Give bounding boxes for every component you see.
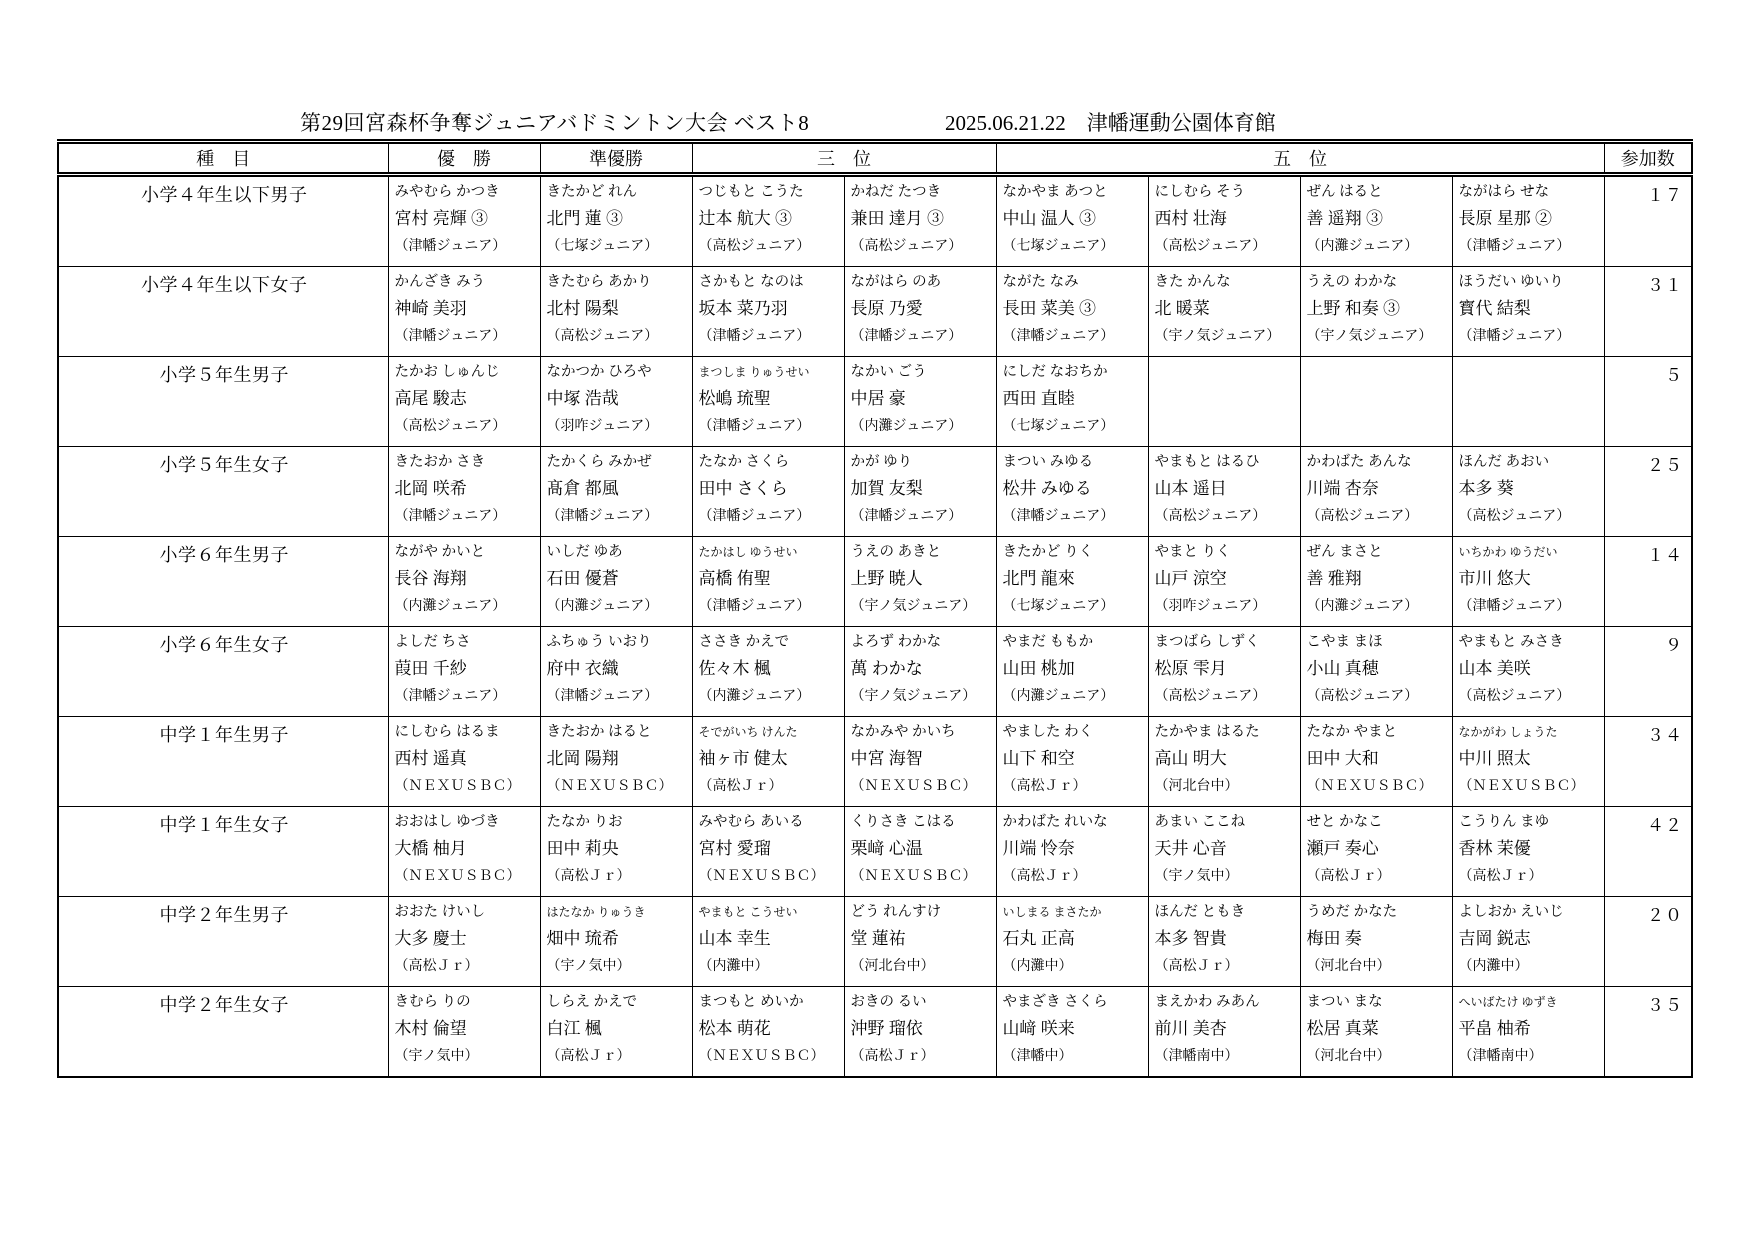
player-name: 松井 みゆる [1003, 475, 1144, 503]
player-kana: よしだ ちさ [395, 629, 536, 655]
player-name: 大橋 柚月 [395, 835, 536, 863]
player-name: 西村 遥真 [395, 745, 536, 773]
player-name: 山本 幸生 [699, 925, 840, 953]
player-name: 栗﨑 心温 [851, 835, 992, 863]
player-club: （河北台中） [851, 953, 992, 981]
player-kana: まつい みゆる [1003, 449, 1144, 475]
player-club: （高松ジュニア） [547, 323, 688, 351]
player-kana: たかやま はるた [1155, 719, 1296, 745]
player-club: （津幡ジュニア） [395, 233, 536, 261]
player-kana: きたおか さき [395, 449, 536, 475]
player-club: （津幡ジュニア） [851, 323, 992, 351]
category-cell: 中学１年生女子 [58, 807, 388, 897]
player-name: 山本 美咲 [1459, 655, 1600, 683]
player-cell: やまもと みさき山本 美咲（高松ジュニア） [1452, 627, 1604, 717]
player-kana: かわばた れいな [1003, 809, 1144, 835]
player-kana: うめだ かなた [1307, 899, 1448, 925]
player-kana: おおはし ゆづき [395, 809, 536, 835]
category-cell: 小学４年生以下女子 [58, 267, 388, 357]
player-name: 北門 龍來 [1003, 565, 1144, 593]
header-row: 種 目 優 勝 準優勝 三 位 五 位 参加数 [58, 142, 1692, 175]
player-club: （津幡ジュニア） [699, 413, 840, 441]
player-club: （羽咋ジュニア） [547, 413, 688, 441]
player-cell: いちかわ ゆうだい市川 悠大（津幡ジュニア） [1452, 537, 1604, 627]
player-name: 神崎 美羽 [395, 295, 536, 323]
player-kana: ぜん はると [1307, 179, 1448, 205]
player-cell: おきの るい沖野 瑠依（高松Ｊｒ） [844, 987, 996, 1078]
player-name: 天井 心音 [1155, 835, 1296, 863]
player-cell: なかがわ しょうた中川 照太（ＮＥＸＵＳＢＣ） [1452, 717, 1604, 807]
player-kana: なかやま あつと [1003, 179, 1144, 205]
player-cell: かが ゆり加賀 友梨（津幡ジュニア） [844, 447, 996, 537]
player-cell: いしだ ゆあ石田 優蒼（内灘ジュニア） [540, 537, 692, 627]
player-cell: なかつか ひろや中塚 浩哉（羽咋ジュニア） [540, 357, 692, 447]
player-name: 袖ヶ市 健太 [699, 745, 840, 773]
player-club: （津幡南中） [1155, 1043, 1296, 1071]
table-row: 小学５年生女子きたおか さき北岡 咲希（津幡ジュニア）たかくら みかぜ髙倉 都風… [58, 447, 1692, 537]
player-club: （宇ノ気中） [547, 953, 688, 981]
player-kana: せと かなこ [1307, 809, 1448, 835]
player-name: 髙倉 都風 [547, 475, 688, 503]
player-kana: はたなか りゅうき [547, 899, 688, 925]
player-name: 善 雅翔 [1307, 565, 1448, 593]
player-club: （津幡ジュニア） [1459, 323, 1600, 351]
player-club: （宇ノ気中） [1155, 863, 1296, 891]
player-club: （高松Ｊｒ） [851, 1043, 992, 1071]
player-kana: こうりん まゆ [1459, 809, 1600, 835]
player-kana: なかい ごう [851, 359, 992, 385]
player-cell: かねだ たつき兼田 達月 ③（高松ジュニア） [844, 175, 996, 267]
player-kana: いしだ ゆあ [547, 539, 688, 565]
player-cell: たかやま はるた高山 明大（河北台中） [1148, 717, 1300, 807]
player-cell: きたかど りく北門 龍來（七塚ジュニア） [996, 537, 1148, 627]
player-cell: いしまる まさたか石丸 正高（内灘中） [996, 897, 1148, 987]
player-club: （津幡ジュニア） [851, 503, 992, 531]
player-club: （七塚ジュニア） [1003, 593, 1144, 621]
player-club: （宇ノ気ジュニア） [851, 683, 992, 711]
player-name: 佐々木 楓 [699, 655, 840, 683]
player-name: 田中 大和 [1307, 745, 1448, 773]
player-cell: くりさき こはる栗﨑 心温（ＮＥＸＵＳＢＣ） [844, 807, 996, 897]
player-kana: にしだ なおちか [1003, 359, 1144, 385]
player-club: （津幡ジュニア） [699, 323, 840, 351]
player-club: （津幡ジュニア） [395, 323, 536, 351]
player-kana: いしまる まさたか [1003, 899, 1144, 925]
player-kana: やました わく [1003, 719, 1144, 745]
player-name: 高橋 侑聖 [699, 565, 840, 593]
participant-count: ４２ [1604, 807, 1692, 897]
player-cell: よしだ ちさ葭田 千紗（津幡ジュニア） [388, 627, 540, 717]
player-club: （ＮＥＸＵＳＢＣ） [1459, 773, 1600, 801]
table-row: 小学６年生男子ながや かいと長谷 海翔（内灘ジュニア）いしだ ゆあ石田 優蒼（内… [58, 537, 1692, 627]
player-cell: まつもと めいか松本 萌花（ＮＥＸＵＳＢＣ） [692, 987, 844, 1078]
player-club: （ＮＥＸＵＳＢＣ） [851, 773, 992, 801]
player-kana: きたかど りく [1003, 539, 1144, 565]
participant-count: １４ [1604, 537, 1692, 627]
player-name: 石丸 正高 [1003, 925, 1144, 953]
player-cell: にしむら そう西村 壮海（高松ジュニア） [1148, 175, 1300, 267]
player-cell: みやむら かつき宮村 亮輝 ③（津幡ジュニア） [388, 175, 540, 267]
player-club: （津幡ジュニア） [699, 593, 840, 621]
player-club: （ＮＥＸＵＳＢＣ） [699, 863, 840, 891]
player-cell: やまもと こうせい山本 幸生（内灘中） [692, 897, 844, 987]
player-cell: へいばたけ ゆずき平畠 柚希（津幡南中） [1452, 987, 1604, 1078]
player-kana: ほうだい ゆいり [1459, 269, 1600, 295]
player-club: （津幡ジュニア） [1003, 323, 1144, 351]
player-club: （内灘中） [1003, 953, 1144, 981]
player-name: 高山 明大 [1155, 745, 1296, 773]
player-kana: いちかわ ゆうだい [1459, 539, 1600, 565]
player-kana: やまざき さくら [1003, 989, 1144, 1015]
player-name: 長谷 海翔 [395, 565, 536, 593]
player-kana: たなか さくら [699, 449, 840, 475]
player-kana: たかくら みかぜ [547, 449, 688, 475]
player-kana: にしむら そう [1155, 179, 1296, 205]
player-cell: きた かんな北 暖菜（宇ノ気ジュニア） [1148, 267, 1300, 357]
player-club: （高松ジュニア） [395, 413, 536, 441]
player-club: （津幡ジュニア） [1003, 503, 1144, 531]
player-club: （内灘ジュニア） [1003, 683, 1144, 711]
player-club: （内灘ジュニア） [699, 683, 840, 711]
participant-count: ３４ [1604, 717, 1692, 807]
category-cell: 小学５年生女子 [58, 447, 388, 537]
player-name: 北岡 咲希 [395, 475, 536, 503]
player-kana: みやむら あいる [699, 809, 840, 835]
player-kana: きむら りの [395, 989, 536, 1015]
player-cell: なかみや かいち中宮 海智（ＮＥＸＵＳＢＣ） [844, 717, 996, 807]
player-kana: みやむら かつき [395, 179, 536, 205]
col-header-second: 準優勝 [540, 142, 692, 175]
player-cell: なかい ごう中居 豪（内灘ジュニア） [844, 357, 996, 447]
player-club: （高松ジュニア） [1155, 233, 1296, 261]
player-cell: よしおか えいじ吉岡 鋭志（内灘中） [1452, 897, 1604, 987]
col-header-fifth: 五 位 [996, 142, 1604, 175]
player-name: 前川 美杏 [1155, 1015, 1296, 1043]
player-name: 香林 茉優 [1459, 835, 1600, 863]
table-row: 小学４年生以下男子みやむら かつき宮村 亮輝 ③（津幡ジュニア）きたかど れん北… [58, 175, 1692, 267]
player-cell: やまざき さくら山﨑 咲来（津幡中） [996, 987, 1148, 1078]
player-name: 松本 萌花 [699, 1015, 840, 1043]
player-name: 府中 衣織 [547, 655, 688, 683]
player-kana: そでがいち けんた [699, 719, 840, 745]
player-kana: かねだ たつき [851, 179, 992, 205]
player-name: 長原 乃愛 [851, 295, 992, 323]
player-club: （高松ジュニア） [1459, 503, 1600, 531]
results-table: 種 目 優 勝 準優勝 三 位 五 位 参加数 小学４年生以下男子みやむら かつ… [57, 139, 1693, 1078]
participant-count: ２０ [1604, 897, 1692, 987]
player-cell: ながはら せな長原 星那 ②（津幡ジュニア） [1452, 175, 1604, 267]
player-name: 市川 悠大 [1459, 565, 1600, 593]
player-kana: かわばた あんな [1307, 449, 1448, 475]
player-kana: やまもと こうせい [699, 899, 840, 925]
player-cell: たなか やまと田中 大和（ＮＥＸＵＳＢＣ） [1300, 717, 1452, 807]
player-name: 山下 和空 [1003, 745, 1144, 773]
player-kana: こやま まほ [1307, 629, 1448, 655]
player-club: （内灘ジュニア） [547, 593, 688, 621]
player-club: （七塚ジュニア） [1003, 413, 1144, 441]
player-cell: ぜん はると善 遥翔 ③（内灘ジュニア） [1300, 175, 1452, 267]
player-club: （高松Ｊｒ） [547, 1043, 688, 1071]
player-cell: ささき かえで佐々木 楓（内灘ジュニア） [692, 627, 844, 717]
player-kana: たなか やまと [1307, 719, 1448, 745]
player-kana: ふちゅう いおり [547, 629, 688, 655]
player-cell: うえの あきと上野 暁人（宇ノ気ジュニア） [844, 537, 996, 627]
category-cell: 小学４年生以下男子 [58, 175, 388, 267]
player-kana: やまもと みさき [1459, 629, 1600, 655]
player-club: （高松Ｊｒ） [395, 953, 536, 981]
player-kana: まつもと めいか [699, 989, 840, 1015]
player-cell: せと かなこ瀬戸 奏心（高松Ｊｒ） [1300, 807, 1452, 897]
player-cell: よろず わかな萬 わかな（宇ノ気ジュニア） [844, 627, 996, 717]
player-name: 木村 倫望 [395, 1015, 536, 1043]
col-header-participants: 参加数 [1604, 142, 1692, 175]
player-name: 梅田 奏 [1307, 925, 1448, 953]
player-name: 中塚 浩哉 [547, 385, 688, 413]
player-name: 宮村 愛瑠 [699, 835, 840, 863]
player-name: 松居 真菜 [1307, 1015, 1448, 1043]
player-kana: やまと りく [1155, 539, 1296, 565]
player-club: （宇ノ気ジュニア） [851, 593, 992, 621]
table-row: 中学２年生女子きむら りの木村 倫望（宇ノ気中）しらえ かえで白江 楓（高松Ｊｒ… [58, 987, 1692, 1078]
player-name: 山田 桃加 [1003, 655, 1144, 683]
player-club: （ＮＥＸＵＳＢＣ） [395, 773, 536, 801]
player-club: （宇ノ気ジュニア） [1155, 323, 1296, 351]
player-cell: かわばた あんな川端 杏奈（高松ジュニア） [1300, 447, 1452, 537]
player-name: 辻本 航大 ③ [699, 205, 840, 233]
category-cell: 中学２年生女子 [58, 987, 388, 1078]
player-cell: きたおか さき北岡 咲希（津幡ジュニア） [388, 447, 540, 537]
participant-count: ３１ [1604, 267, 1692, 357]
player-name: 山﨑 咲来 [1003, 1015, 1144, 1043]
player-cell: やまもと はるひ山本 遥日（高松ジュニア） [1148, 447, 1300, 537]
player-cell: ながや かいと長谷 海翔（内灘ジュニア） [388, 537, 540, 627]
player-cell: たかお しゅんじ高尾 駿志（高松ジュニア） [388, 357, 540, 447]
category-cell: 小学５年生男子 [58, 357, 388, 447]
player-kana: きた かんな [1155, 269, 1296, 295]
player-name: 坂本 菜乃羽 [699, 295, 840, 323]
player-kana: ながはら せな [1459, 179, 1600, 205]
player-name: 田中 莉央 [547, 835, 688, 863]
player-kana: よろず わかな [851, 629, 992, 655]
col-header-category: 種 目 [58, 142, 388, 175]
player-name: 川端 杏奈 [1307, 475, 1448, 503]
player-kana: うえの あきと [851, 539, 992, 565]
player-kana: あまい ここね [1155, 809, 1296, 835]
player-name: 加賀 友梨 [851, 475, 992, 503]
player-club: （宇ノ気ジュニア） [1307, 323, 1448, 351]
player-name: 西村 壮海 [1155, 205, 1296, 233]
player-cell: やまだ ももか山田 桃加（内灘ジュニア） [996, 627, 1148, 717]
player-name: 善 遥翔 ③ [1307, 205, 1448, 233]
player-kana: かが ゆり [851, 449, 992, 475]
player-club: （ＮＥＸＵＳＢＣ） [395, 863, 536, 891]
page-title: 第29回宮森杯争奪ジュニアバドミントン大会 ベスト8 [300, 107, 809, 137]
player-name: 北岡 陽翔 [547, 745, 688, 773]
player-kana: なかみや かいち [851, 719, 992, 745]
player-cell [1300, 357, 1452, 447]
col-header-first: 優 勝 [388, 142, 540, 175]
player-kana: やまもと はるひ [1155, 449, 1296, 475]
player-kana: きたむら あかり [547, 269, 688, 295]
player-cell: にしむら はるま西村 遥真（ＮＥＸＵＳＢＣ） [388, 717, 540, 807]
player-name: 白江 楓 [547, 1015, 688, 1043]
player-club: （河北台中） [1307, 953, 1448, 981]
player-cell: ながた なみ長田 菜美 ③（津幡ジュニア） [996, 267, 1148, 357]
table-row: 中学１年生男子にしむら はるま西村 遥真（ＮＥＸＵＳＢＣ）きたおか はると北岡 … [58, 717, 1692, 807]
player-club: （ＮＥＸＵＳＢＣ） [851, 863, 992, 891]
player-cell: きむら りの木村 倫望（宇ノ気中） [388, 987, 540, 1078]
player-cell: つじもと こうた辻本 航大 ③（高松ジュニア） [692, 175, 844, 267]
player-club: （内灘ジュニア） [395, 593, 536, 621]
player-name: 上野 暁人 [851, 565, 992, 593]
player-cell: まつしま りゅうせい松嶋 琉聖（津幡ジュニア） [692, 357, 844, 447]
table-row: 小学６年生女子よしだ ちさ葭田 千紗（津幡ジュニア）ふちゅう いおり府中 衣織（… [58, 627, 1692, 717]
player-club: （内灘ジュニア） [851, 413, 992, 441]
player-club: （津幡ジュニア） [699, 503, 840, 531]
col-header-third: 三 位 [692, 142, 996, 175]
player-cell: あまい ここね天井 心音（宇ノ気中） [1148, 807, 1300, 897]
player-club: （七塚ジュニア） [1003, 233, 1144, 261]
player-name: 宮村 亮輝 ③ [395, 205, 536, 233]
participant-count: ３５ [1604, 987, 1692, 1078]
category-cell: 中学２年生男子 [58, 897, 388, 987]
category-cell: 中学１年生男子 [58, 717, 388, 807]
player-cell: まつい まな松居 真菜（河北台中） [1300, 987, 1452, 1078]
player-club: （高松Ｊｒ） [1155, 953, 1296, 981]
player-kana: たかお しゅんじ [395, 359, 536, 385]
player-name: 葭田 千紗 [395, 655, 536, 683]
player-cell: かんざき みう神崎 美羽（津幡ジュニア） [388, 267, 540, 357]
participant-count: ９ [1604, 627, 1692, 717]
player-name: 小山 真穂 [1307, 655, 1448, 683]
player-name: 長田 菜美 ③ [1003, 295, 1144, 323]
category-cell: 小学６年生男子 [58, 537, 388, 627]
player-club: （内灘ジュニア） [1307, 593, 1448, 621]
player-club: （津幡ジュニア） [395, 683, 536, 711]
player-kana: かんざき みう [395, 269, 536, 295]
player-name: 松嶋 琉聖 [699, 385, 840, 413]
player-cell: ながはら のあ長原 乃愛（津幡ジュニア） [844, 267, 996, 357]
player-club: （高松Ｊｒ） [1459, 863, 1600, 891]
player-kana: うえの わかな [1307, 269, 1448, 295]
player-kana: へいばたけ ゆずき [1459, 989, 1600, 1015]
player-cell: やまと りく山戸 涼空（羽咋ジュニア） [1148, 537, 1300, 627]
player-cell: どう れんすけ堂 蓮祐（河北台中） [844, 897, 996, 987]
player-kana: まつい まな [1307, 989, 1448, 1015]
player-name: 北門 蓮 ③ [547, 205, 688, 233]
player-name: 本多 葵 [1459, 475, 1600, 503]
player-cell: うえの わかな上野 和奏 ③（宇ノ気ジュニア） [1300, 267, 1452, 357]
player-cell: ふちゅう いおり府中 衣織（津幡ジュニア） [540, 627, 692, 717]
player-name: 山本 遥日 [1155, 475, 1296, 503]
player-kana: きたおか はると [547, 719, 688, 745]
player-kana: なかつか ひろや [547, 359, 688, 385]
player-club: （内灘中） [1459, 953, 1600, 981]
player-name: 大多 慶士 [395, 925, 536, 953]
player-kana: ほんだ ともき [1155, 899, 1296, 925]
player-club: （河北台中） [1155, 773, 1296, 801]
player-kana: たなか りお [547, 809, 688, 835]
player-name: 田中 さくら [699, 475, 840, 503]
player-cell: まえかわ みあん前川 美杏（津幡南中） [1148, 987, 1300, 1078]
player-club: （津幡ジュニア） [1459, 233, 1600, 261]
player-kana: やまだ ももか [1003, 629, 1144, 655]
table-row: 中学１年生女子おおはし ゆづき大橋 柚月（ＮＥＸＵＳＢＣ）たなか りお田中 莉央… [58, 807, 1692, 897]
player-club: （高松Ｊｒ） [1307, 863, 1448, 891]
player-cell: さかもと なのは坂本 菜乃羽（津幡ジュニア） [692, 267, 844, 357]
player-kana: まえかわ みあん [1155, 989, 1296, 1015]
player-club: （ＮＥＸＵＳＢＣ） [699, 1043, 840, 1071]
player-cell: たかくら みかぜ髙倉 都風（津幡ジュニア） [540, 447, 692, 537]
player-club: （内灘中） [699, 953, 840, 981]
player-kana: どう れんすけ [851, 899, 992, 925]
player-name: 山戸 涼空 [1155, 565, 1296, 593]
player-cell: たなか さくら田中 さくら（津幡ジュニア） [692, 447, 844, 537]
player-name: 沖野 瑠依 [851, 1015, 992, 1043]
category-cell: 小学６年生女子 [58, 627, 388, 717]
player-club: （津幡南中） [1459, 1043, 1600, 1071]
player-name: 北村 陽梨 [547, 295, 688, 323]
player-kana: しらえ かえで [547, 989, 688, 1015]
player-kana: たかはし ゆうせい [699, 539, 840, 565]
player-kana: ささき かえで [699, 629, 840, 655]
player-club: （河北台中） [1307, 1043, 1448, 1071]
player-cell: そでがいち けんた袖ヶ市 健太（高松Ｊｒ） [692, 717, 844, 807]
player-name: 吉岡 鋭志 [1459, 925, 1600, 953]
player-cell: ぜん まさと善 雅翔（内灘ジュニア） [1300, 537, 1452, 627]
player-cell: にしだ なおちか西田 直睦（七塚ジュニア） [996, 357, 1148, 447]
player-kana: ほんだ あおい [1459, 449, 1600, 475]
player-kana: ぜん まさと [1307, 539, 1448, 565]
document-page: 第29回宮森杯争奪ジュニアバドミントン大会 ベスト8 2025.06.21.22… [0, 0, 1754, 1240]
player-club: （高松Ｊｒ） [1003, 863, 1144, 891]
player-cell [1148, 357, 1300, 447]
player-club: （高松ジュニア） [699, 233, 840, 261]
player-club: （宇ノ気中） [395, 1043, 536, 1071]
player-cell: なかやま あつと中山 温人 ③（七塚ジュニア） [996, 175, 1148, 267]
player-cell: きたおか はると北岡 陽翔（ＮＥＸＵＳＢＣ） [540, 717, 692, 807]
player-kana: おおた けいし [395, 899, 536, 925]
player-kana: きたかど れん [547, 179, 688, 205]
player-name: 上野 和奏 ③ [1307, 295, 1448, 323]
player-name: 中川 照太 [1459, 745, 1600, 773]
player-cell: うめだ かなた梅田 奏（河北台中） [1300, 897, 1452, 987]
player-club: （高松ジュニア） [1155, 683, 1296, 711]
player-cell [1452, 357, 1604, 447]
player-club: （高松ジュニア） [1459, 683, 1600, 711]
participant-count: １７ [1604, 175, 1692, 267]
player-club: （津幡ジュニア） [547, 683, 688, 711]
player-name: 高尾 駿志 [395, 385, 536, 413]
player-club: （津幡ジュニア） [395, 503, 536, 531]
player-name: 中居 豪 [851, 385, 992, 413]
player-name: 寳代 結梨 [1459, 295, 1600, 323]
player-cell: たなか りお田中 莉央（高松Ｊｒ） [540, 807, 692, 897]
player-cell: こやま まほ小山 真穂（高松ジュニア） [1300, 627, 1452, 717]
player-cell: たかはし ゆうせい高橋 侑聖（津幡ジュニア） [692, 537, 844, 627]
player-club: （津幡ジュニア） [1459, 593, 1600, 621]
participant-count: ５ [1604, 357, 1692, 447]
player-club: （高松ジュニア） [1307, 683, 1448, 711]
player-name: 畑中 琉希 [547, 925, 688, 953]
player-cell: まつい みゆる松井 みゆる（津幡ジュニア） [996, 447, 1148, 537]
player-cell: しらえ かえで白江 楓（高松Ｊｒ） [540, 987, 692, 1078]
player-cell: こうりん まゆ香林 茉優（高松Ｊｒ） [1452, 807, 1604, 897]
player-club: （高松Ｊｒ） [547, 863, 688, 891]
player-kana: ながはら のあ [851, 269, 992, 295]
player-club: （羽咋ジュニア） [1155, 593, 1296, 621]
player-kana: つじもと こうた [699, 179, 840, 205]
